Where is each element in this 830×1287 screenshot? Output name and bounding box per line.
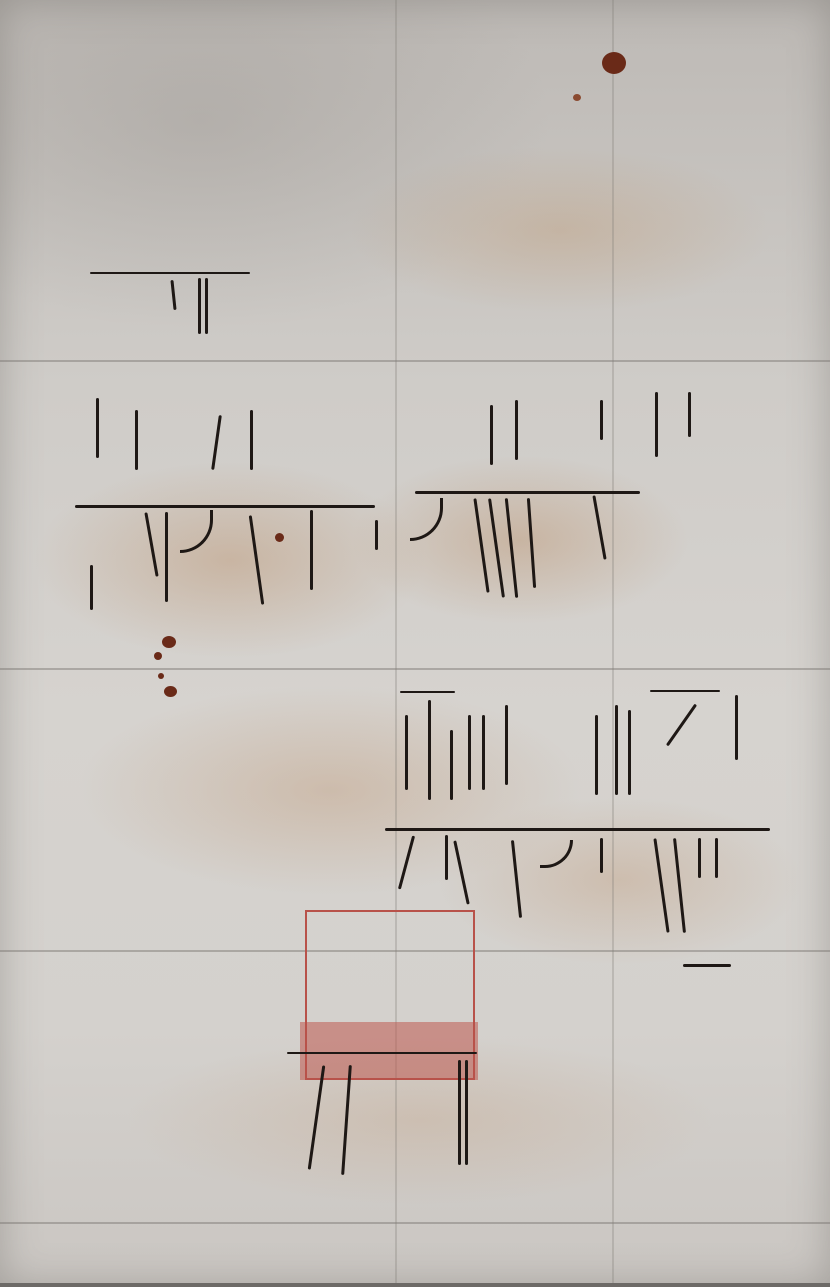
scan-edge <box>0 1283 830 1287</box>
script-stroke <box>211 415 222 470</box>
script-stroke <box>505 498 518 598</box>
script-stroke <box>308 1065 326 1169</box>
red-seal: Red square seal outline <box>305 910 475 1080</box>
ink-stain <box>158 673 164 679</box>
script-stroke <box>90 565 93 610</box>
script-stroke <box>341 1065 352 1175</box>
fold-line <box>395 0 397 1287</box>
script-stroke <box>96 398 99 458</box>
script-stroke <box>170 280 176 310</box>
script-stroke <box>165 512 168 602</box>
ink-stain <box>275 533 284 542</box>
fold-line <box>0 1222 830 1224</box>
text-line-body-2: Body line 2 short (Tibetan script) <box>400 691 455 693</box>
script-stroke <box>450 730 453 800</box>
script-stroke <box>592 495 606 560</box>
script-stroke <box>511 840 522 918</box>
script-stroke <box>482 715 485 790</box>
script-stroke <box>653 838 669 932</box>
script-stroke <box>445 835 448 880</box>
script-stroke <box>468 715 471 790</box>
script-stroke <box>398 836 415 890</box>
script-stroke <box>698 838 701 878</box>
text-line-body-1b: Body line 1 continued (Tibetan script) <box>415 491 640 494</box>
script-stroke <box>428 700 431 800</box>
script-stroke <box>310 510 313 590</box>
script-hook <box>180 510 213 553</box>
script-hook <box>540 840 573 868</box>
text-line-body-2b: Body line 2 short end (Tibetan script) <box>650 690 720 692</box>
script-stroke <box>715 838 718 878</box>
script-stroke <box>600 400 603 440</box>
script-stroke <box>666 704 697 747</box>
script-stroke <box>673 838 686 933</box>
script-stroke <box>527 498 536 588</box>
ink-stain <box>602 52 626 74</box>
script-stroke <box>488 498 505 597</box>
script-stroke <box>249 515 264 605</box>
script-stroke <box>250 410 253 470</box>
script-stroke <box>375 520 378 550</box>
script-stroke <box>515 400 518 460</box>
text-line-heading: Heading line (Tibetan script) <box>90 272 250 274</box>
script-stroke <box>458 1060 461 1165</box>
ink-stain <box>164 686 177 697</box>
text-annotation: Small annotation (Tibetan script) <box>683 964 731 967</box>
manuscript-page: Red square seal outline Heading line (Ti… <box>0 0 830 1287</box>
script-stroke <box>600 838 603 873</box>
text-line-body-3: Body line 3 (Tibetan script) <box>385 828 770 831</box>
script-stroke <box>615 705 618 795</box>
script-stroke <box>655 392 658 457</box>
script-stroke <box>144 512 158 577</box>
ink-stain <box>154 652 162 660</box>
text-line-closing: Closing / date line over seal (Tibetan s… <box>287 1052 477 1054</box>
script-stroke <box>473 498 489 592</box>
script-stroke <box>490 405 493 465</box>
script-stroke <box>405 715 408 790</box>
script-stroke <box>628 710 631 795</box>
script-stroke <box>465 1060 468 1165</box>
script-stroke <box>505 705 508 785</box>
fold-line <box>0 668 830 670</box>
script-stroke <box>595 715 598 795</box>
script-stroke <box>453 840 469 904</box>
ink-stain <box>162 636 176 648</box>
script-stroke <box>688 392 691 437</box>
script-stroke <box>198 278 201 334</box>
script-hook <box>410 498 443 541</box>
text-line-body-1: Body line 1 (Tibetan script) <box>75 505 375 508</box>
fold-line <box>612 0 614 1287</box>
ink-stain <box>573 94 581 101</box>
fold-line <box>0 360 830 362</box>
script-stroke <box>205 278 208 334</box>
script-stroke <box>135 410 138 470</box>
script-stroke <box>735 695 738 760</box>
